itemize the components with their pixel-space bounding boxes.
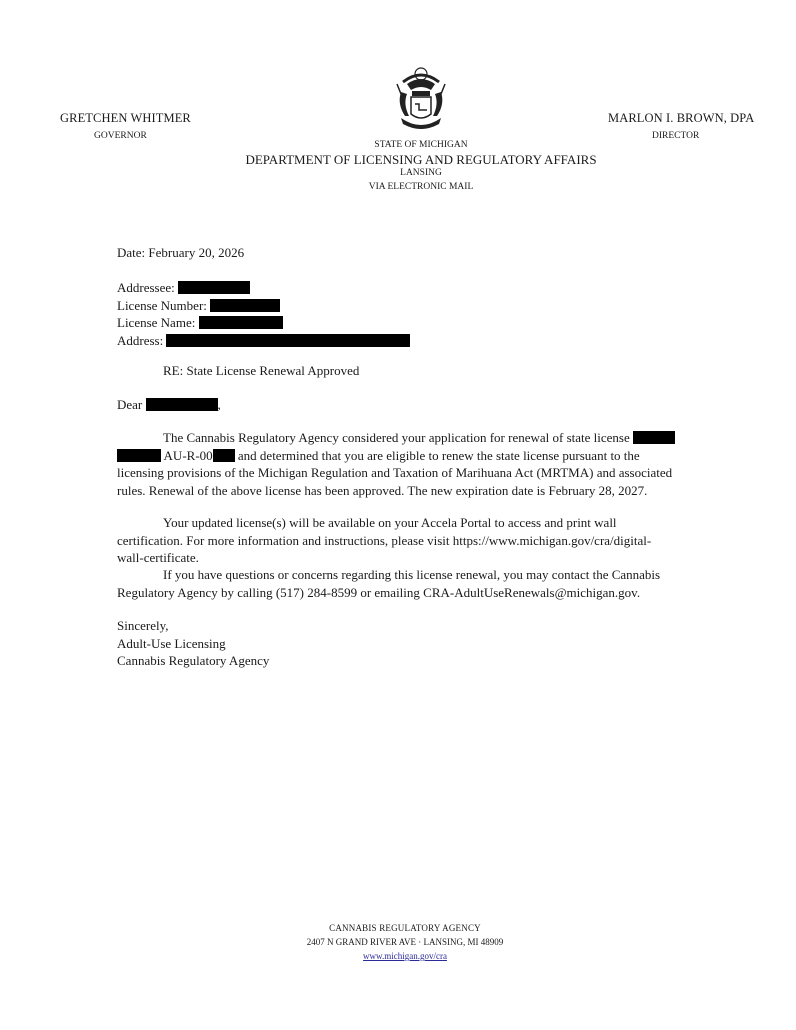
redaction-block: [199, 316, 283, 329]
field-label: Addressee:: [117, 280, 175, 295]
salutation: Dear ,: [117, 396, 221, 414]
closing-block: Sincerely, Adult-Use Licensing Cannabis …: [117, 617, 269, 670]
redaction-block: [117, 449, 161, 462]
paragraph-text: If you have questions or concerns regard…: [117, 567, 660, 600]
website-link[interactable]: www.michigan.gov/cra: [363, 951, 447, 961]
redaction-block: [633, 431, 675, 444]
closing-line: Sincerely,: [117, 617, 269, 635]
addressee-block: Addressee: License Number: License Name:…: [117, 279, 410, 349]
governor-name: GRETCHEN WHITMER: [60, 111, 191, 126]
michigan-state-seal-icon: [391, 64, 451, 134]
city-name: LANSING: [0, 168, 796, 178]
paragraph-portal: Your updated license(s) will be availabl…: [117, 514, 677, 567]
footer-agency: CANNABIS REGULATORY AGENCY: [0, 923, 796, 933]
license-number-prefix: AU-R-00: [164, 448, 213, 463]
field-address: Address:: [117, 332, 410, 350]
salutation-suffix: ,: [218, 397, 221, 412]
salutation-prefix: Dear: [117, 397, 142, 412]
redaction-block: [178, 281, 250, 294]
field-label: License Name:: [117, 315, 195, 330]
redaction-block: [213, 449, 235, 462]
director-name: MARLON I. BROWN, DPA: [608, 111, 754, 126]
field-label: Address:: [117, 333, 163, 348]
signature-department: Adult-Use Licensing: [117, 635, 269, 653]
paragraph-contact: If you have questions or concerns regard…: [117, 566, 677, 601]
department-name: DEPARTMENT OF LICENSING AND REGULATORY A…: [0, 152, 796, 168]
redaction-block: [166, 334, 410, 347]
letter-date: Date: February 20, 2026: [117, 244, 244, 262]
delivery-method: VIA ELECTRONIC MAIL: [0, 182, 796, 192]
redaction-block: [210, 299, 280, 312]
field-license-name: License Name:: [117, 314, 410, 332]
paragraph-renewal: The Cannabis Regulatory Agency considere…: [117, 429, 677, 499]
footer-address: 2407 N GRAND RIVER AVE · LANSING, MI 489…: [0, 937, 796, 947]
paragraph-text: The Cannabis Regulatory Agency considere…: [163, 430, 630, 445]
paragraph-text: Your updated license(s) will be availabl…: [117, 515, 651, 565]
footer-website: www.michigan.gov/cra: [0, 951, 796, 961]
field-license-number: License Number:: [117, 297, 410, 315]
subject-line: RE: State License Renewal Approved: [163, 362, 359, 380]
field-addressee: Addressee:: [117, 279, 410, 297]
state-name: STATE OF MICHIGAN: [0, 140, 796, 150]
redaction-block: [146, 398, 218, 411]
field-label: License Number:: [117, 298, 207, 313]
signature-agency: Cannabis Regulatory Agency: [117, 652, 269, 670]
